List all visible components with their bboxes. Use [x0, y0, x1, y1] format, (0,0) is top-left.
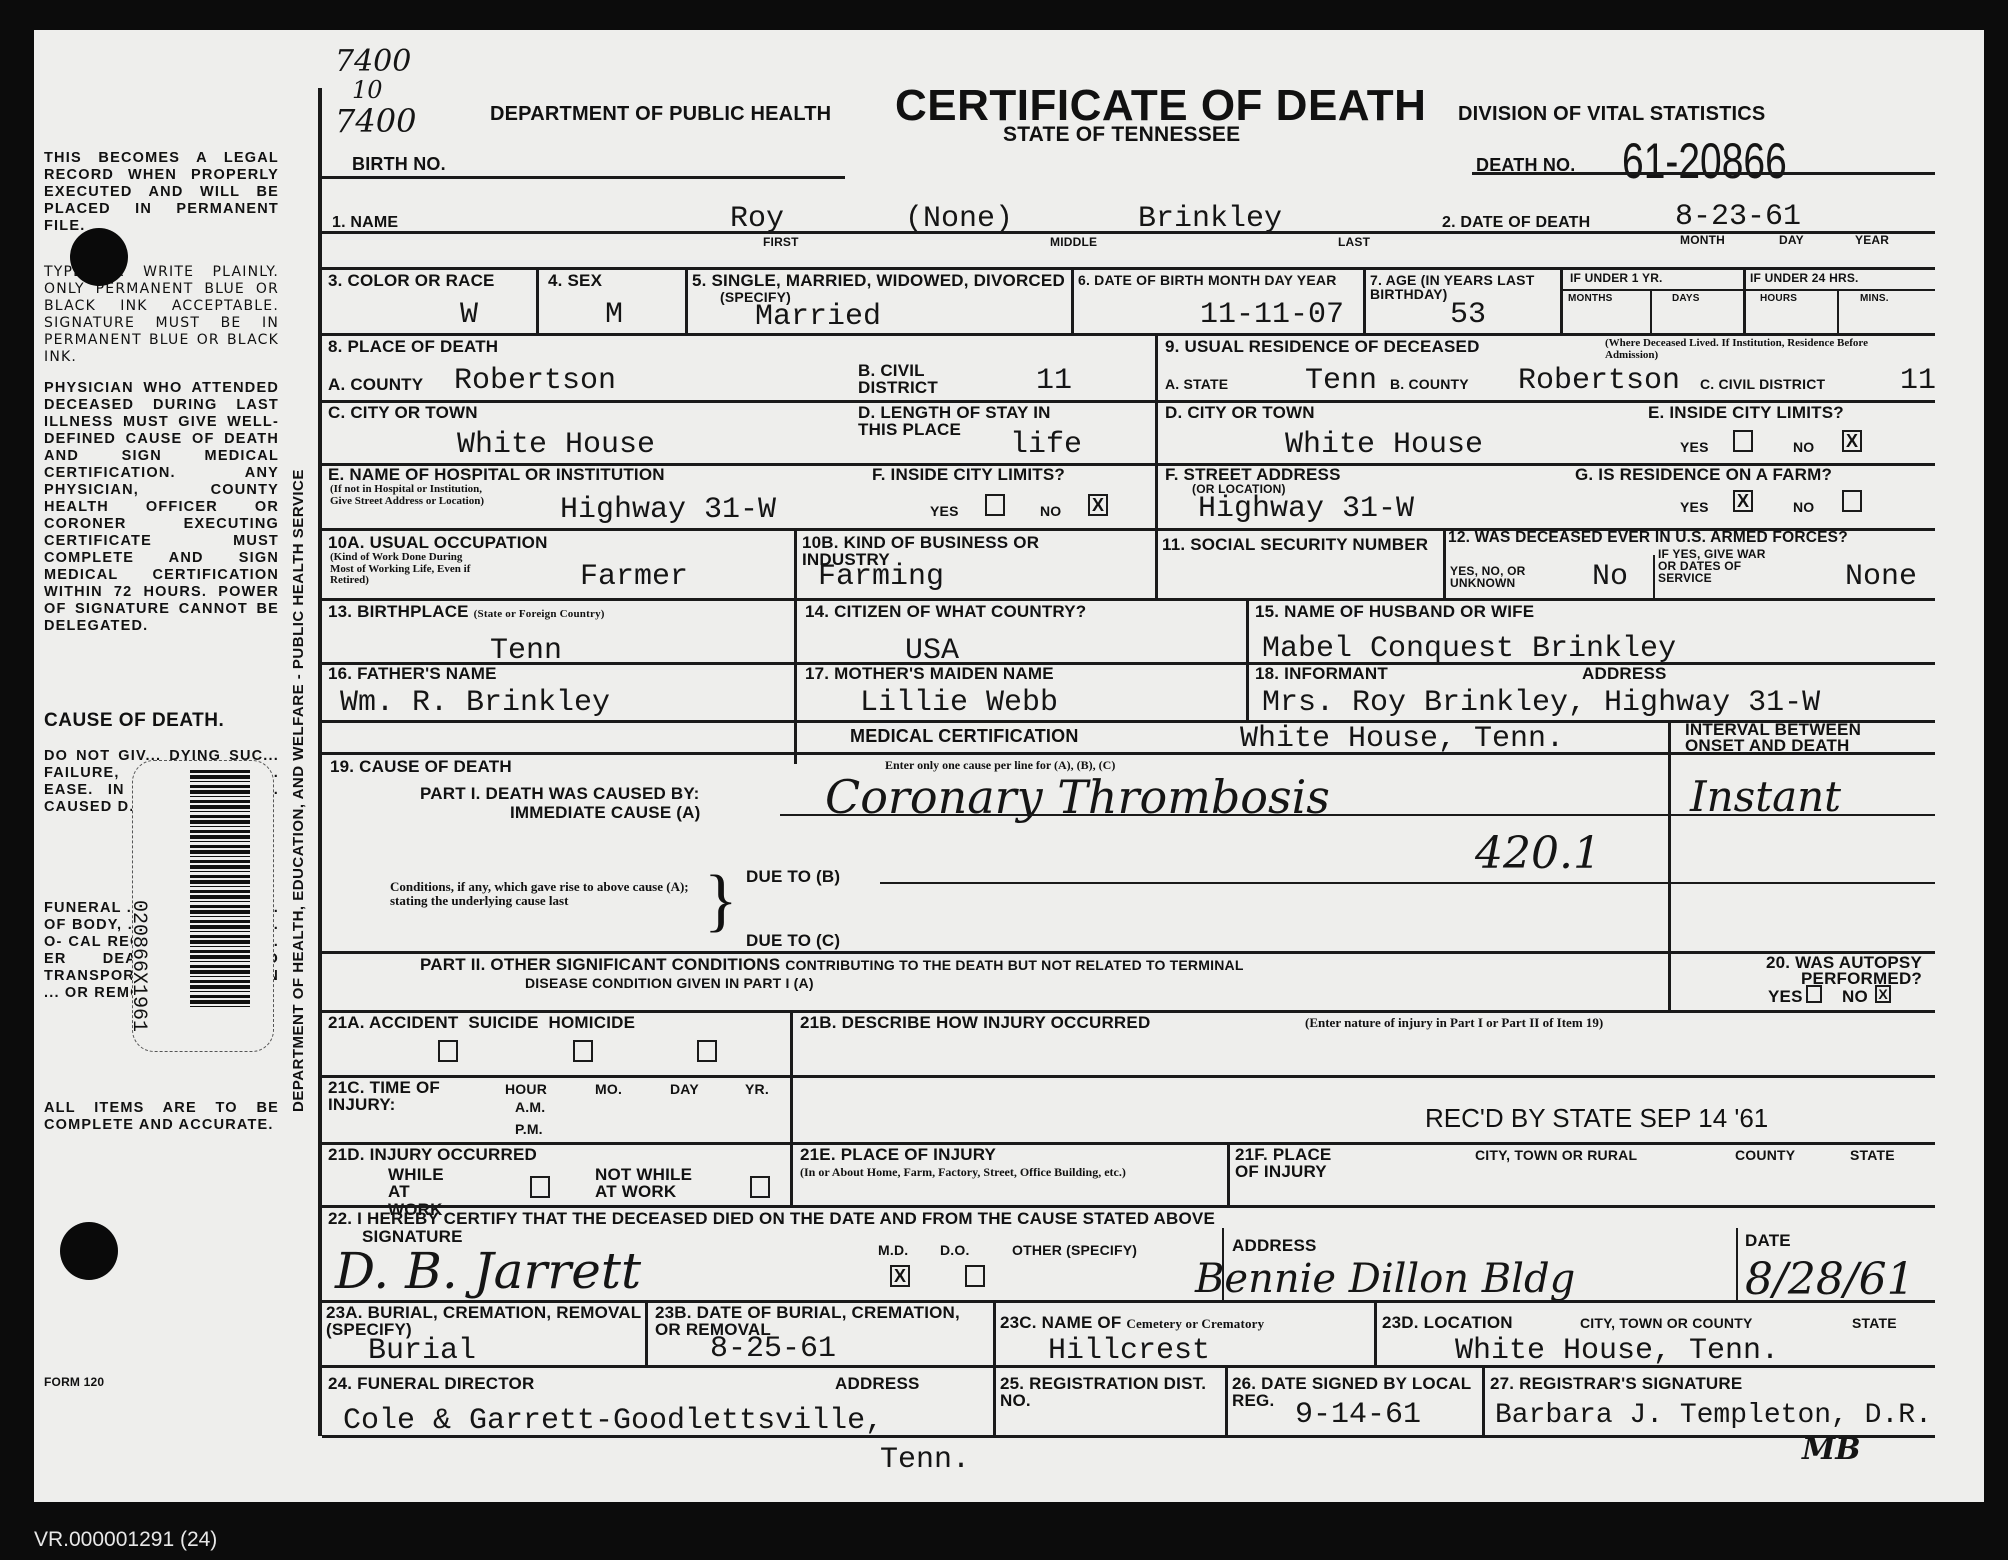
- hospital-value: Highway 31-W: [560, 495, 776, 525]
- residence-note: (Where Deceased Lived. If Institution, R…: [1605, 338, 1905, 361]
- barcode: [190, 770, 250, 1010]
- location-state-caption: STATE: [1852, 1316, 1897, 1330]
- col-divider: [1443, 528, 1446, 598]
- cause-a-line: [780, 814, 1935, 816]
- pod-civil-district-value: 11: [1036, 366, 1072, 396]
- pod-city-label: C. CITY OR TOWN: [328, 404, 478, 421]
- war-value: None: [1845, 562, 1917, 592]
- pod-inside-no-checkbox[interactable]: X: [1088, 494, 1108, 516]
- farm-yes-label: YES: [1680, 500, 1709, 514]
- physician-signature: D. B. Jarrett: [335, 1242, 641, 1300]
- birth-no-line: [322, 176, 845, 179]
- punch-hole: [60, 1222, 118, 1280]
- reg-dist-label: 25. REGISTRATION DIST. NO.: [1000, 1375, 1220, 1410]
- injury-type-label: 21A. ACCIDENT SUICIDE HOMICIDE: [328, 1014, 635, 1031]
- due-to-b-label: DUE TO (B): [746, 868, 840, 885]
- armed-forces-ynu-label: YES, NO, OR UNKNOWN: [1450, 565, 1570, 589]
- col-divider: [1736, 1228, 1738, 1300]
- due-to-c-label: DUE TO (C): [746, 932, 840, 949]
- days-label: DAYS: [1672, 294, 1700, 304]
- funeral-address-label: ADDRESS: [835, 1375, 920, 1392]
- location-caption: CITY, TOWN OR COUNTY: [1580, 1316, 1753, 1330]
- age-value: 53: [1450, 300, 1486, 330]
- mother-label: 17. MOTHER'S MAIDEN NAME: [805, 665, 1054, 682]
- col-divider: [790, 1010, 793, 1206]
- industry-value: Farming: [818, 562, 944, 592]
- part2-line2: DISEASE CONDITION GIVEN IN PART I (A): [525, 976, 814, 990]
- md-checkbox[interactable]: X: [890, 1265, 910, 1287]
- sex-value: M: [605, 300, 623, 330]
- res-county-value: Robertson: [1518, 366, 1680, 396]
- date-signed-value: 9-14-61: [1295, 1400, 1421, 1430]
- dob-value: 11-11-07: [1200, 300, 1344, 330]
- place-of-injury-note: (In or About Home, Farm, Factory, Street…: [800, 1166, 1230, 1179]
- spouse-label: 15. NAME OF HUSBAND OR WIFE: [1255, 603, 1534, 620]
- months-label: MONTHS: [1568, 294, 1613, 304]
- ink-notice: TYPE OR WRITE PLAINLY. ONLY PERMANENT BL…: [44, 264, 279, 366]
- punch-hole: [70, 228, 128, 286]
- col-divider: [685, 267, 688, 333]
- father-label: 16. FATHER'S NAME: [328, 665, 497, 682]
- other-specify-label: OTHER (SPECIFY): [1012, 1243, 1137, 1257]
- occupation-value: Farmer: [580, 562, 688, 592]
- department-title: DEPARTMENT OF PUBLIC HEALTH: [490, 104, 831, 124]
- row-line: [322, 267, 1935, 270]
- res-state-label: A. STATE: [1165, 377, 1228, 391]
- handwritten-note-2: 10: [352, 76, 383, 104]
- sex-label: 4. SEX: [548, 272, 602, 289]
- father-value: Wm. R. Brinkley: [340, 688, 610, 718]
- registrar-value: Barbara J. Templeton, D.R.: [1495, 1402, 1932, 1430]
- autopsy-label: 20. WAS AUTOPSY PERFORMED?: [1692, 955, 1922, 987]
- am-label: A.M.: [515, 1100, 545, 1114]
- ssn-label: 11. SOCIAL SECURITY NUMBER: [1162, 536, 1432, 553]
- time-of-injury-label: 21C. TIME OF INJURY:: [328, 1079, 458, 1114]
- street-value: Highway 31-W: [1198, 494, 1414, 524]
- col-divider: [1225, 1365, 1228, 1435]
- describe-injury-note: (Enter nature of injury in Part I or Par…: [1305, 1016, 1603, 1030]
- birthplace-label: 13. BIRTHPLACE (State or Foreign Country…: [328, 603, 605, 621]
- initials-mark: MB: [1802, 1432, 1861, 1467]
- form-left-border: [318, 88, 322, 1436]
- autopsy-yes-label: YES: [1768, 988, 1803, 1005]
- res-city-label: D. CITY OR TOWN: [1165, 404, 1315, 421]
- year-caption: YEAR: [1855, 234, 1889, 246]
- cert-date-label: DATE: [1745, 1232, 1791, 1249]
- col-divider: [1363, 267, 1366, 333]
- city-town-rural-caption: CITY, TOWN OR RURAL: [1475, 1148, 1637, 1162]
- pod-inside-no-label: NO: [1040, 504, 1061, 518]
- do-checkbox[interactable]: [965, 1265, 985, 1287]
- citizen-label: 14. CITIZEN OF WHAT COUNTRY?: [805, 603, 1086, 620]
- row-line: [322, 333, 1935, 336]
- hour-label: HOUR: [505, 1082, 547, 1096]
- row-line: [1560, 289, 1935, 291]
- interval-label: INTERVAL BETWEEN ONSET AND DEATH: [1685, 722, 1925, 754]
- res-inside-yes-checkbox[interactable]: [1733, 430, 1753, 452]
- injury-occurred-label: 21D. INJURY OCCURRED: [328, 1146, 537, 1163]
- birth-no-label: BIRTH NO.: [352, 155, 446, 173]
- dob-label: 6. DATE OF BIRTH MONTH DAY YEAR: [1078, 273, 1337, 287]
- county-caption: COUNTY: [1735, 1148, 1795, 1162]
- hospital-label: E. NAME OF HOSPITAL OR INSTITUTION: [328, 466, 665, 483]
- do-label: D.O.: [940, 1243, 970, 1257]
- month-label: MO.: [595, 1082, 622, 1096]
- mother-value: Lillie Webb: [860, 688, 1058, 718]
- form-number: FORM 120: [44, 1376, 104, 1388]
- cemetery-value: Hillcrest: [1048, 1336, 1210, 1366]
- name-first-caption: FIRST: [763, 236, 799, 248]
- residence-label: 9. USUAL RESIDENCE OF DECEASED: [1165, 338, 1480, 355]
- occupation-note: (Kind of Work Done During Most of Workin…: [330, 552, 480, 587]
- hours-label: HOURS: [1760, 294, 1797, 304]
- physician-notice: PHYSICIAN WHO ATTENDED DECEASED DURING L…: [44, 380, 279, 635]
- funeral-director-value: Cole & Garrett-Goodlettsville,: [343, 1406, 883, 1436]
- autopsy-no-label: NO: [1842, 988, 1868, 1005]
- pod-county-label: A. COUNTY: [328, 376, 423, 393]
- received-stamp: REC'D BY STATE SEP 14 '61: [1425, 1103, 1768, 1134]
- res-inside-no-label: NO: [1793, 440, 1814, 454]
- row-line: [322, 662, 1935, 665]
- res-city-value: White House: [1285, 430, 1483, 460]
- war-label: IF YES, GIVE WAR OR DATES OF SERVICE: [1658, 548, 1778, 585]
- location-label: 23D. LOCATION: [1382, 1314, 1513, 1331]
- row-line: [322, 598, 1935, 601]
- pod-civil-district-label: B. CIVIL DISTRICT: [858, 362, 988, 397]
- place-of-death-label: 8. PLACE OF DEATH: [328, 338, 498, 355]
- mins-label: MINS.: [1860, 294, 1889, 304]
- col-divider: [1374, 1300, 1377, 1365]
- hospital-note: (If not in Hospital or Institution, Give…: [330, 484, 500, 507]
- homicide-checkbox[interactable]: [697, 1040, 717, 1062]
- row-line: [322, 951, 1935, 954]
- marital-value: Married: [755, 302, 881, 332]
- funeral-director-line2: Tenn.: [880, 1445, 970, 1475]
- day-caption: DAY: [1779, 234, 1804, 246]
- cemetery-label: 23C. NAME OF Cemetery or Crematory: [1000, 1314, 1264, 1331]
- col-divider: [1650, 290, 1652, 333]
- medical-certification-heading: MEDICAL CERTIFICATION: [850, 727, 1079, 745]
- color-race-label: 3. COLOR OR RACE: [328, 272, 495, 289]
- res-inside-city-label: E. INSIDE CITY LIMITS?: [1648, 404, 1844, 421]
- name-label: 1. NAME: [332, 215, 398, 231]
- col-divider: [1071, 267, 1074, 333]
- all-items-notice: ALL ITEMS ARE TO BE COMPLETE AND ACCURAT…: [44, 1100, 279, 1134]
- col-divider: [536, 267, 539, 333]
- row-line: [322, 1142, 1935, 1145]
- handwritten-note-1: 7400: [335, 44, 411, 79]
- col-divider: [1668, 720, 1671, 1010]
- death-no-value: 61-20866: [1622, 136, 1787, 186]
- farm-label: G. IS RESIDENCE ON A FARM?: [1575, 466, 1832, 483]
- name-first: Roy: [730, 204, 784, 234]
- not-while-at-work-checkbox[interactable]: [750, 1176, 770, 1198]
- name-last-caption: LAST: [1338, 236, 1370, 248]
- res-inside-yes-label: YES: [1680, 440, 1709, 454]
- row-line: [322, 1205, 1935, 1208]
- while-at-work-checkbox[interactable]: [530, 1176, 550, 1198]
- state-subtitle: STATE OF TENNESSEE: [1003, 124, 1240, 145]
- handwritten-note-3: 7400: [335, 102, 416, 140]
- occupation-label: 10A. USUAL OCCUPATION: [328, 534, 548, 551]
- col-divider: [1482, 1365, 1485, 1435]
- md-label: M.D.: [878, 1243, 908, 1257]
- date-of-death-label: 2. DATE OF DEATH: [1442, 215, 1590, 231]
- col-divider: [1560, 267, 1563, 333]
- accident-checkbox[interactable]: [438, 1040, 458, 1062]
- date-of-death-value: 8-23-61: [1675, 202, 1801, 232]
- describe-injury-label: 21B. DESCRIBE HOW INJURY OCCURRED: [800, 1014, 1150, 1031]
- color-race-value: W: [460, 300, 478, 330]
- conditions-brace: }: [704, 866, 738, 936]
- autopsy-yes-checkbox[interactable]: [1806, 985, 1822, 1003]
- immediate-cause-label: IMMEDIATE CAUSE (A): [510, 804, 700, 821]
- cause-b-line: [880, 882, 1935, 884]
- death-no-line: [1472, 172, 1935, 175]
- res-county-label: B. COUNTY: [1390, 377, 1469, 391]
- part1-label: PART I. DEATH WAS CAUSED BY:: [420, 785, 700, 802]
- pm-label: P.M.: [515, 1122, 543, 1136]
- state-caption: STATE: [1850, 1148, 1895, 1162]
- farm-yes-checkbox[interactable]: X: [1733, 490, 1753, 512]
- informant-value-line2: White House, Tenn.: [1240, 724, 1564, 754]
- col-divider: [1653, 555, 1655, 598]
- place-f-label: 21F. PLACE OF INJURY: [1235, 1146, 1345, 1181]
- res-civil-district-value: 11: [1900, 366, 1936, 396]
- informant-label: 18. INFORMANT: [1255, 665, 1388, 682]
- col-divider: [1837, 290, 1839, 333]
- physician-address: Bennie Dillon Bldg: [1195, 1256, 1575, 1302]
- address-label: ADDRESS: [1232, 1237, 1317, 1254]
- barcode-text: 020866X1961: [127, 900, 150, 1032]
- marital-label: 5. SINGLE, MARRIED, WIDOWED, DIVORCED: [692, 272, 1065, 289]
- burial-method-value: Burial: [368, 1336, 476, 1366]
- informant-address-label: ADDRESS: [1582, 665, 1667, 682]
- pod-inside-yes-checkbox[interactable]: [985, 494, 1005, 516]
- autopsy-no-checkbox[interactable]: X: [1875, 985, 1891, 1003]
- archive-id: VR.000001291 (24): [34, 1528, 217, 1552]
- not-while-at-work-label: NOT WHILE AT WORK: [595, 1166, 695, 1201]
- legal-notice: THIS BECOMES A LEGAL RECORD WHEN PROPERL…: [44, 150, 279, 235]
- informant-value: Mrs. Roy Brinkley, Highway 31-W: [1262, 688, 1820, 718]
- burial-date-value: 8-25-61: [710, 1334, 836, 1364]
- armed-forces-label: 12. WAS DECEASED EVER IN U.S. ARMED FORC…: [1448, 530, 1848, 546]
- cause-of-death-label: 19. CAUSE OF DEATH: [330, 758, 512, 775]
- res-civil-district-label: C. CIVIL DISTRICT: [1700, 377, 1825, 391]
- month-caption: MONTH: [1680, 234, 1725, 246]
- cert-date-value: 8/28/61: [1745, 1254, 1915, 1305]
- row-line: [322, 1075, 1935, 1078]
- row-line: [322, 1365, 1935, 1368]
- col-divider: [1246, 598, 1249, 722]
- funeral-director-label: 24. FUNERAL DIRECTOR: [328, 1375, 534, 1392]
- farm-no-label: NO: [1793, 500, 1814, 514]
- row-line: [322, 752, 1935, 755]
- col-divider: [1743, 267, 1746, 333]
- row-line: [322, 1435, 1935, 1438]
- conditions-note: Conditions, if any, which gave rise to a…: [390, 880, 695, 907]
- pod-city-value: White House: [457, 430, 655, 460]
- part2-label: PART II. OTHER SIGNIFICANT CONDITIONS CO…: [420, 956, 1244, 973]
- year-label: YR.: [745, 1082, 769, 1096]
- col-divider: [794, 528, 797, 764]
- pod-county-value: Robertson: [454, 366, 616, 396]
- farm-no-checkbox[interactable]: [1842, 490, 1862, 512]
- suicide-checkbox[interactable]: [573, 1040, 593, 1062]
- name-middle-caption: MIDDLE: [1050, 236, 1097, 248]
- cause-code: 420.1: [1475, 828, 1601, 879]
- vertical-caption: DEPARTMENT OF HEALTH, EDUCATION, AND WEL…: [290, 469, 307, 1112]
- spouse-value: Mabel Conquest Brinkley: [1262, 634, 1676, 664]
- place-of-injury-label: 21E. PLACE OF INJURY: [800, 1146, 996, 1163]
- day-label: DAY: [670, 1082, 699, 1096]
- under-1yr-label: IF UNDER 1 YR.: [1570, 272, 1663, 284]
- certify-statement: 22. I HEREBY CERTIFY THAT THE DECEASED D…: [328, 1210, 1215, 1227]
- pod-inside-yes-label: YES: [930, 504, 959, 518]
- street-label: F. STREET ADDRESS: [1165, 466, 1341, 483]
- name-middle: (None): [905, 204, 1013, 234]
- res-inside-no-checkbox[interactable]: X: [1842, 430, 1862, 452]
- name-last: Brinkley: [1138, 204, 1282, 234]
- pod-inside-city-label: F. INSIDE CITY LIMITS?: [872, 466, 1065, 483]
- under-24hrs-label: IF UNDER 24 HRS.: [1750, 272, 1859, 284]
- row-name-line: [322, 231, 1935, 234]
- armed-forces-value: No: [1592, 562, 1628, 592]
- division-title: DIVISION OF VITAL STATISTICS: [1458, 104, 1765, 124]
- pod-length-of-stay-value: life: [1010, 430, 1082, 460]
- location-value: White House, Tenn.: [1455, 1336, 1779, 1366]
- cause-heading: CAUSE OF DEATH.: [44, 712, 279, 729]
- registrar-label: 27. REGISTRAR'S SIGNATURE: [1490, 1375, 1742, 1392]
- res-state-value: Tenn: [1305, 366, 1377, 396]
